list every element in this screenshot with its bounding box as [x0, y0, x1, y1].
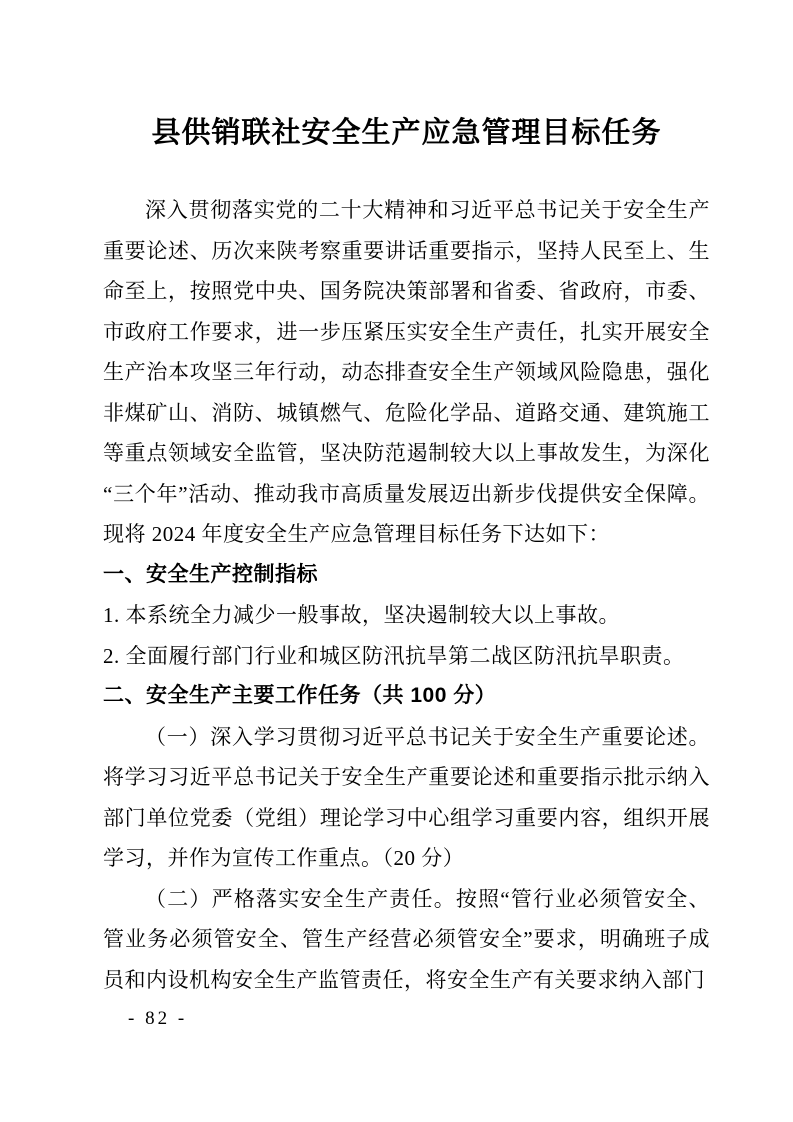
numbered-item-2: 2. 全面履行部门行业和城区防汛抗旱第二战区防汛抗旱职责。	[103, 636, 710, 677]
document-title: 县供销联社安全生产应急管理目标任务	[100, 110, 713, 156]
section-heading-1: 一、安全生产控制指标	[103, 555, 710, 596]
section-heading-2: 二、安全生产主要工作任务（共 100 分）	[103, 676, 710, 717]
page-number: - 82 -	[128, 1008, 187, 1030]
document-body: 深入贯彻落实党的二十大精神和习近平总书记关于安全生产重要论述、历次来陕考察重要讲…	[103, 190, 710, 1000]
paragraph-intro: 深入贯彻落实党的二十大精神和习近平总书记关于安全生产重要论述、历次来陕考察重要讲…	[103, 190, 710, 555]
paragraph-task-2: （二）严格落实安全生产责任。按照“管行业必须管安全、管业务必须管安全、管生产经营…	[103, 879, 710, 1001]
paragraph-task-1: （一）深入学习贯彻习近平总书记关于安全生产重要论述。将学习习近平总书记关于安全生…	[103, 717, 710, 879]
document-page: 县供销联社安全生产应急管理目标任务 深入贯彻落实党的二十大精神和习近平总书记关于…	[0, 0, 793, 1122]
numbered-item-1: 1. 本系统全力减少一般事故，坚决遏制较大以上事故。	[103, 595, 710, 636]
